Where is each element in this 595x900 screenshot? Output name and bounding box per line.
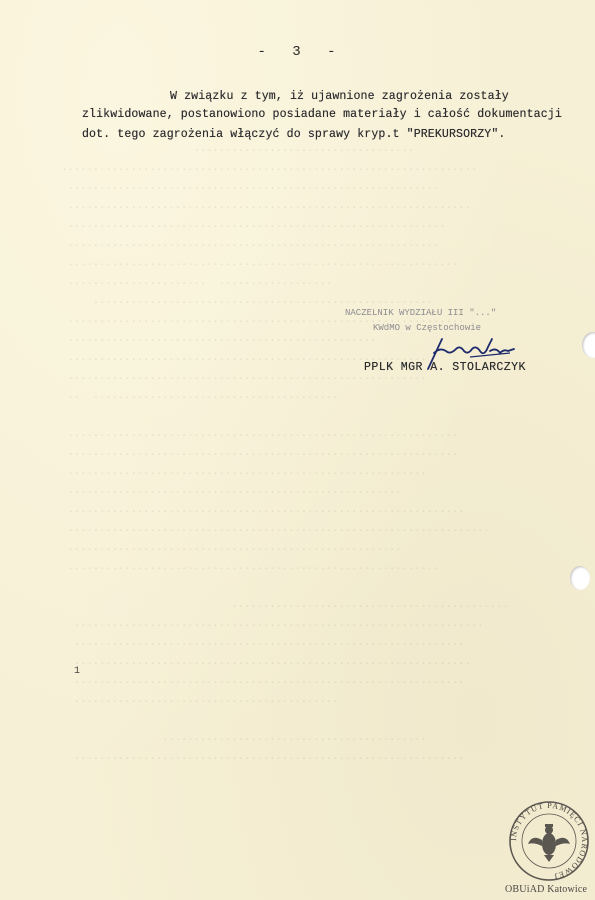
show-through-text: ................................... ....… (55, 140, 575, 767)
punch-hole (570, 566, 590, 590)
body-line-2: zlikwidowane, postanowiono posiadane mat… (82, 108, 562, 121)
punch-hole (582, 332, 595, 358)
official-stamp: NACZELNIK WYDZIAŁU III "..." KWdMO w Czę… (345, 306, 496, 336)
archive-label: OBUiAD Katowice (505, 884, 587, 895)
stamp-line-1: NACZELNIK WYDZIAŁU III "..." (345, 306, 496, 321)
page-number: - 3 - (0, 44, 595, 60)
ipn-archive-stamp-icon: INSTYTUT PAMIĘCI NARODOWEJ (508, 800, 590, 882)
signatory-name: PPLK MGR A. STOLARCZYK (364, 361, 526, 374)
body-line-1: W związku z tym, iż ujawnione zagrożenia… (170, 90, 509, 103)
body-line-3: dot. tego zagrożenia włączyć do sprawy k… (82, 128, 505, 141)
document-page: ................................... ....… (0, 0, 595, 900)
margin-mark: 1 (74, 666, 80, 677)
eagle-emblem-icon (528, 824, 570, 862)
